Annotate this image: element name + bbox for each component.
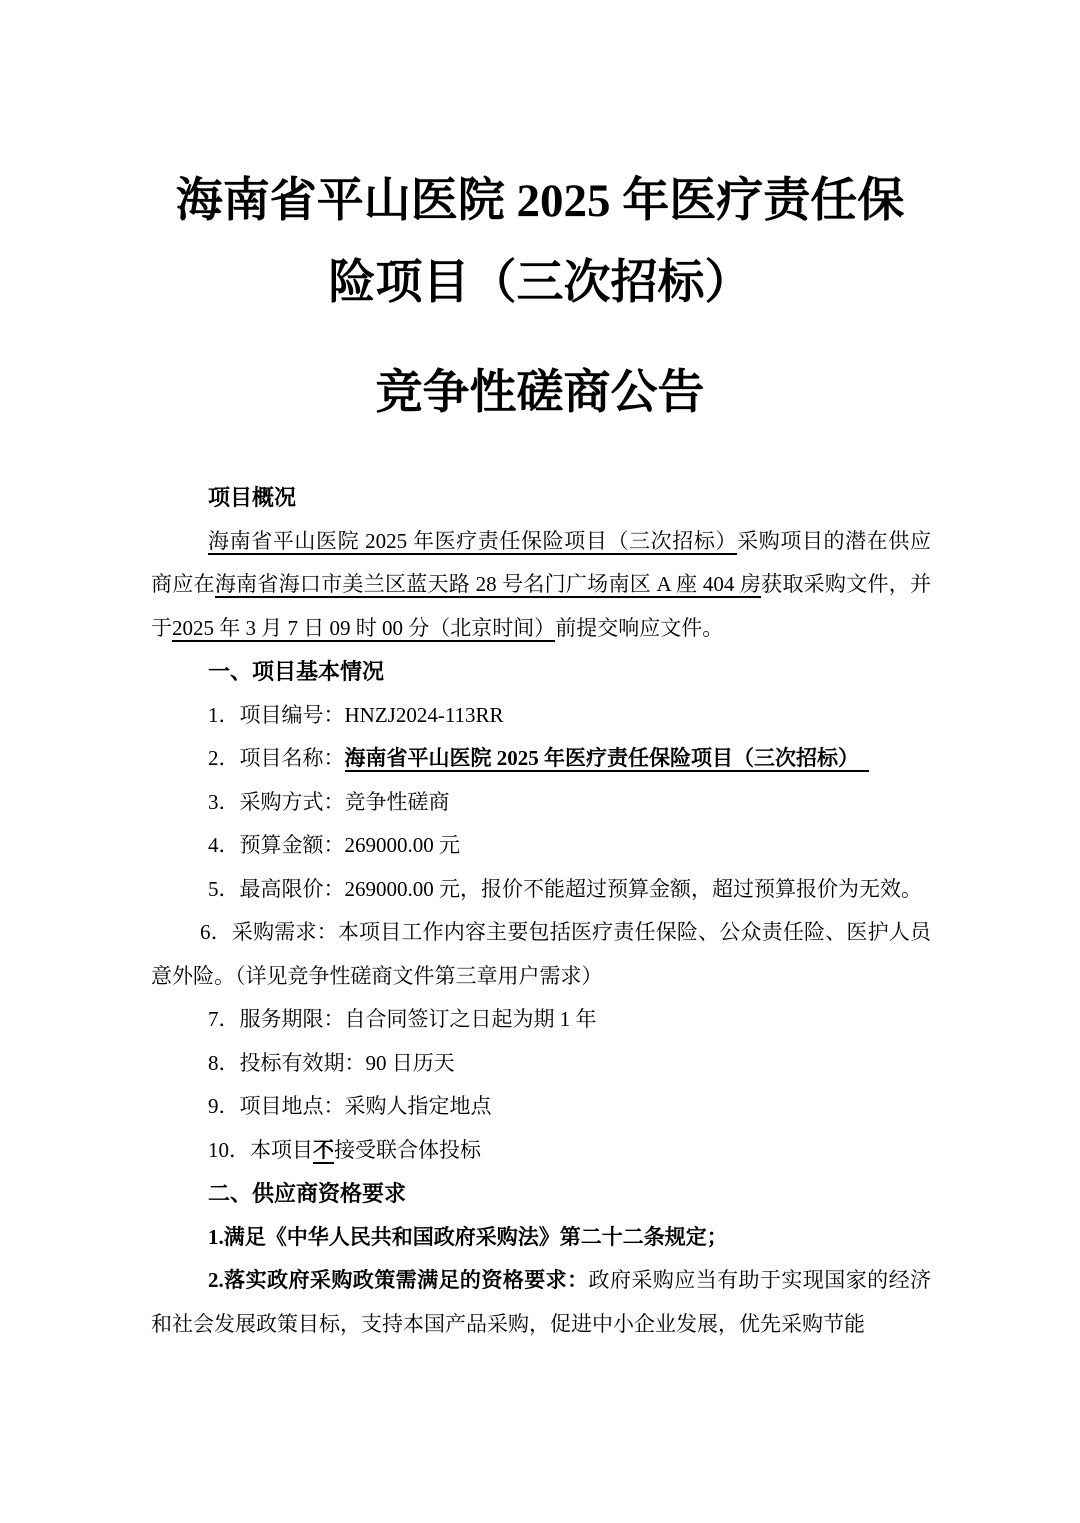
- document-title: 海南省平山医院 2025 年医疗责任保险项目（三次招标）: [0, 0, 1080, 324]
- document-subtitle: 竞争性磋商公告: [0, 352, 1080, 434]
- section1-heading: 一、项目基本情况: [151, 650, 931, 694]
- item-consortium-bid-emphasis: 不: [313, 1138, 334, 1164]
- overview-text-3: 前提交响应文件。: [555, 616, 723, 640]
- item-procurement-method: 3．采购方式：竞争性磋商: [151, 781, 931, 825]
- qualification-item-2: 2.落实政府采购政策需满足的资格要求：政府采购应当有助于实现国家的经济和社会发展…: [151, 1259, 931, 1346]
- overview-heading: 项目概况: [151, 476, 931, 520]
- item-budget-amount: 4．预算金额：269000.00 元: [151, 824, 931, 868]
- document-page: 海南省平山医院 2025 年医疗责任保险项目（三次招标） 竞争性磋商公告 项目概…: [0, 0, 1080, 1523]
- item-consortium-bid-prefix: 10．本项目: [208, 1138, 313, 1162]
- item-max-price: 5．最高限价：269000.00 元，报价不能超过预算金额，超过预算报价为无效。: [151, 868, 931, 912]
- item-project-name: 2．项目名称：海南省平山医院 2025 年医疗责任保险项目（三次招标）: [151, 737, 931, 781]
- qualification-item-2-label: 2.落实政府采购政策需满足的资格要求：: [208, 1268, 589, 1292]
- overview-paragraph: 海南省平山医院 2025 年医疗责任保险项目（三次招标）采购项目的潜在供应商应在…: [151, 520, 931, 651]
- item-service-period: 7．服务期限：自合同签订之日起为期 1 年: [151, 998, 931, 1042]
- item-project-name-value: 海南省平山医院 2025 年医疗责任保险项目（三次招标）: [345, 746, 870, 772]
- document-title-line1: 海南省平山医院 2025 年医疗责任保: [176, 175, 905, 227]
- section2-heading: 二、供应商资格要求: [151, 1172, 931, 1216]
- item-consortium-bid-suffix: 接受联合体投标: [334, 1138, 481, 1162]
- overview-address: 海南省海口市美兰区蓝天路 28 号名门广场南区 A 座 404 房: [215, 572, 761, 598]
- item-bid-validity: 8．投标有效期：90 日历天: [151, 1042, 931, 1086]
- overview-project-name: 海南省平山医院 2025 年医疗责任保险项目（三次招标）: [208, 529, 737, 555]
- qualification-item-1: 1.满足《中华人民共和国政府采购法》第二十二条规定；: [151, 1216, 931, 1260]
- item-project-number: 1．项目编号：HNZJ2024-113RR: [151, 694, 931, 738]
- item-consortium-bid: 10．本项目不接受联合体投标: [151, 1129, 931, 1173]
- document-title-line2: 险项目（三次招标）: [329, 257, 752, 309]
- item-procurement-requirements: 6．采购需求：本项目工作内容主要包括医疗责任保险、公众责任险、医护人员意外险。（…: [151, 911, 931, 998]
- item-project-name-label: 2．项目名称：: [208, 746, 345, 770]
- document-body: 项目概况 海南省平山医院 2025 年医疗责任保险项目（三次招标）采购项目的潜在…: [0, 476, 1080, 1346]
- overview-deadline: 2025 年 3 月 7 日 09 时 00 分（北京时间）: [172, 616, 555, 642]
- item-project-location: 9．项目地点：采购人指定地点: [151, 1085, 931, 1129]
